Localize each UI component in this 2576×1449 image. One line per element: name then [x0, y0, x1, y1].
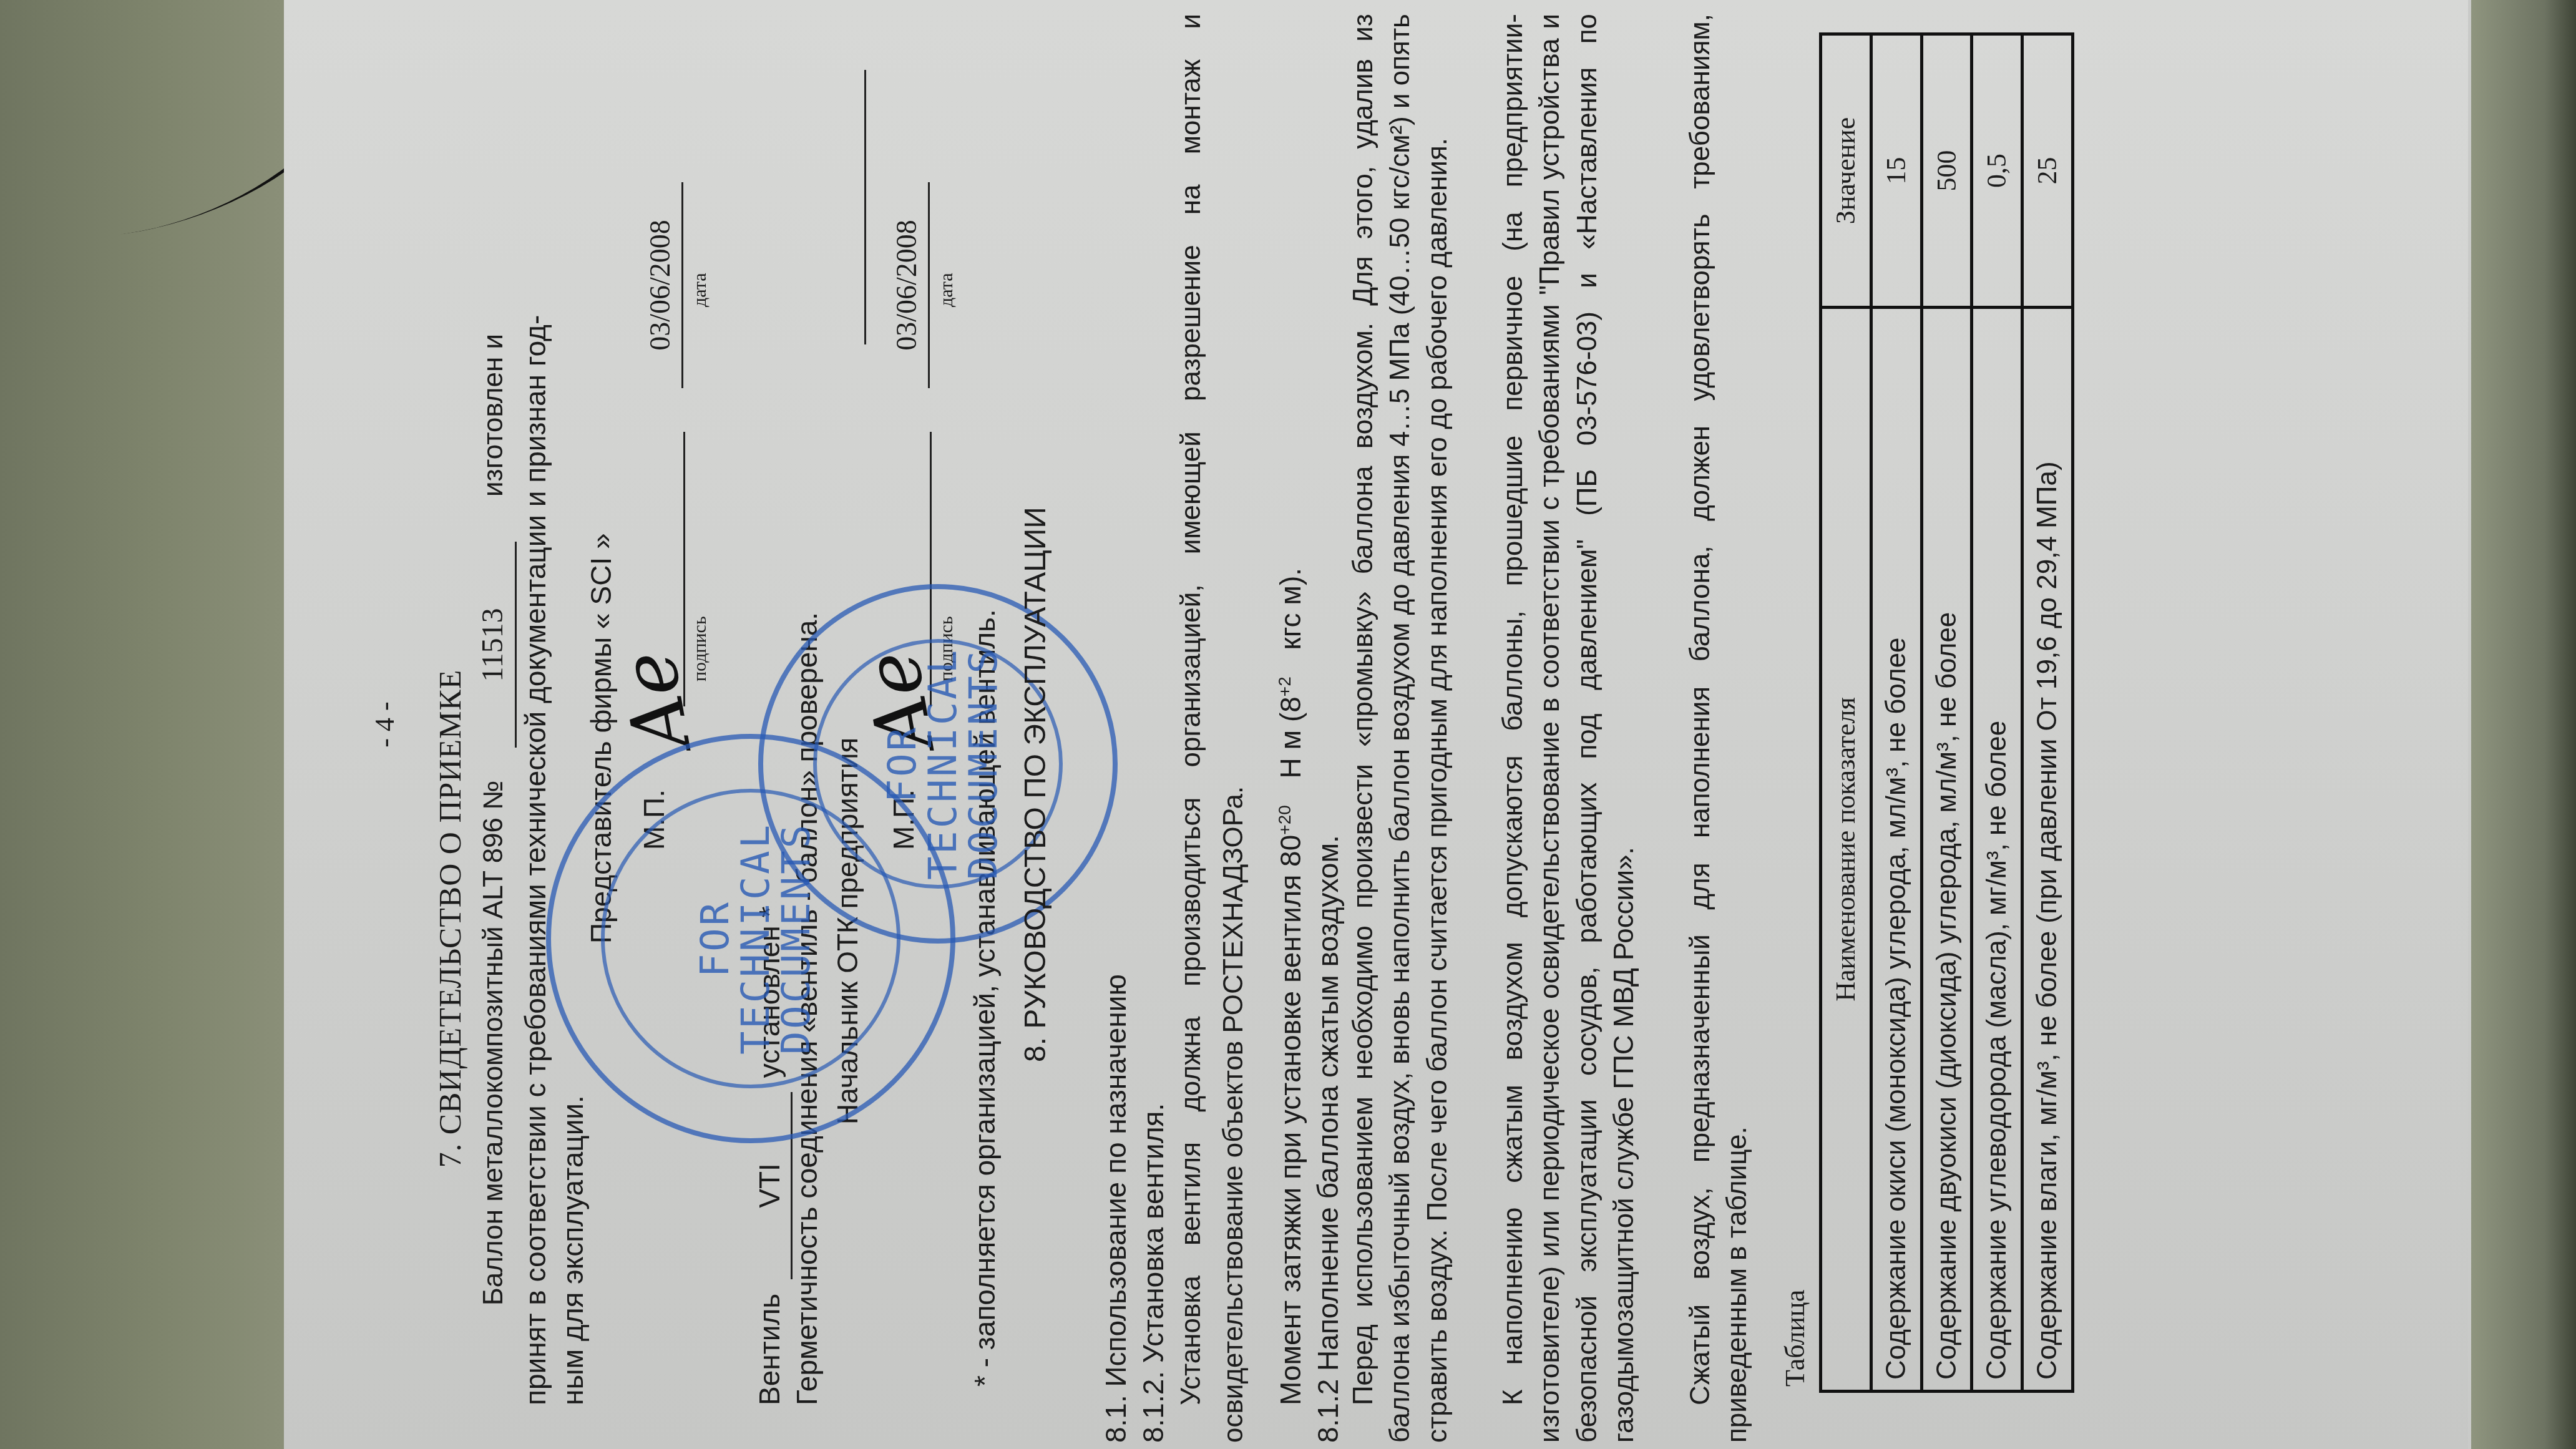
- document-page: - 4 - 7. СВИДЕТЕЛЬСТВО О ПРИЕМКЕ Баллон …: [284, 0, 2468, 1449]
- air-quality-table: Наименование показателя Значение Содержа…: [1819, 32, 2074, 1393]
- fill-title: 8.1.2 Наполнение баллона сжатым воздухом…: [1307, 835, 1349, 1443]
- table-row: Содержание углеводорода (масла), мг/м³, …: [1972, 34, 2022, 1392]
- certificate-line-3: ным для эксплуатации.: [552, 1095, 594, 1405]
- header-value: Значение: [1821, 34, 1871, 308]
- install-paragraph: Установка вентиля должна производиться о…: [1170, 14, 1255, 1443]
- date-caption-2: дата: [933, 273, 960, 307]
- section-8-1: 8.1. Использование по назначению: [1095, 974, 1137, 1443]
- stamp-2: FOR TECHNICAL DOCUMENTS: [758, 584, 1118, 944]
- table-row: Содержание влаги, мг/м³, не более (при д…: [2022, 34, 2073, 1392]
- fill-paragraph-3: Сжатый воздух, предназначенный для напол…: [1682, 14, 1756, 1443]
- background-surface-right: [2471, 0, 2576, 1449]
- certificate-line-1: Баллон металлокомпозитный ALT 896 № 1151…: [471, 334, 517, 1305]
- table-row: Содержание двуокиси (диоксида) углерода,…: [1921, 34, 1972, 1392]
- table-caption: Таблица: [1775, 1290, 1815, 1387]
- page-number: - 4 -: [365, 0, 405, 1449]
- fill-paragraph-2: К наполнению сжатым воздухом допускаются…: [1495, 14, 1643, 1443]
- date-field-2: 03/06/2008: [886, 182, 930, 388]
- date-caption-1: дата: [686, 273, 714, 307]
- fill-paragraph-1: Перед использованием необходимо произвес…: [1345, 14, 1456, 1443]
- otk-line: [864, 70, 866, 344]
- section-8-1-2: 8.1.2. Установка вентиля.: [1133, 1103, 1174, 1443]
- torque-paragraph: Момент затяжки при установке вентиля 80+…: [1270, 568, 1312, 1405]
- section-7-title: 7. СВИДЕТЕЛЬСТВО О ПРИЕМКЕ: [427, 388, 473, 1449]
- serial-number-field: 11513: [471, 542, 517, 748]
- certificate-line-2: принят в соответствии с требованиями тех…: [515, 315, 557, 1405]
- date-field-1: 03/06/2008: [640, 182, 683, 388]
- header-name: Наименование показателя: [1821, 308, 1871, 1392]
- table-header-row: Наименование показателя Значение: [1821, 34, 1871, 1392]
- table-row: Содержание окиси (моноксида) углерода, м…: [1871, 34, 1921, 1392]
- section-8-title: 8. РУКОВОДСТВО ПО ЭКСПЛУАТАЦИИ: [1014, 507, 1058, 1062]
